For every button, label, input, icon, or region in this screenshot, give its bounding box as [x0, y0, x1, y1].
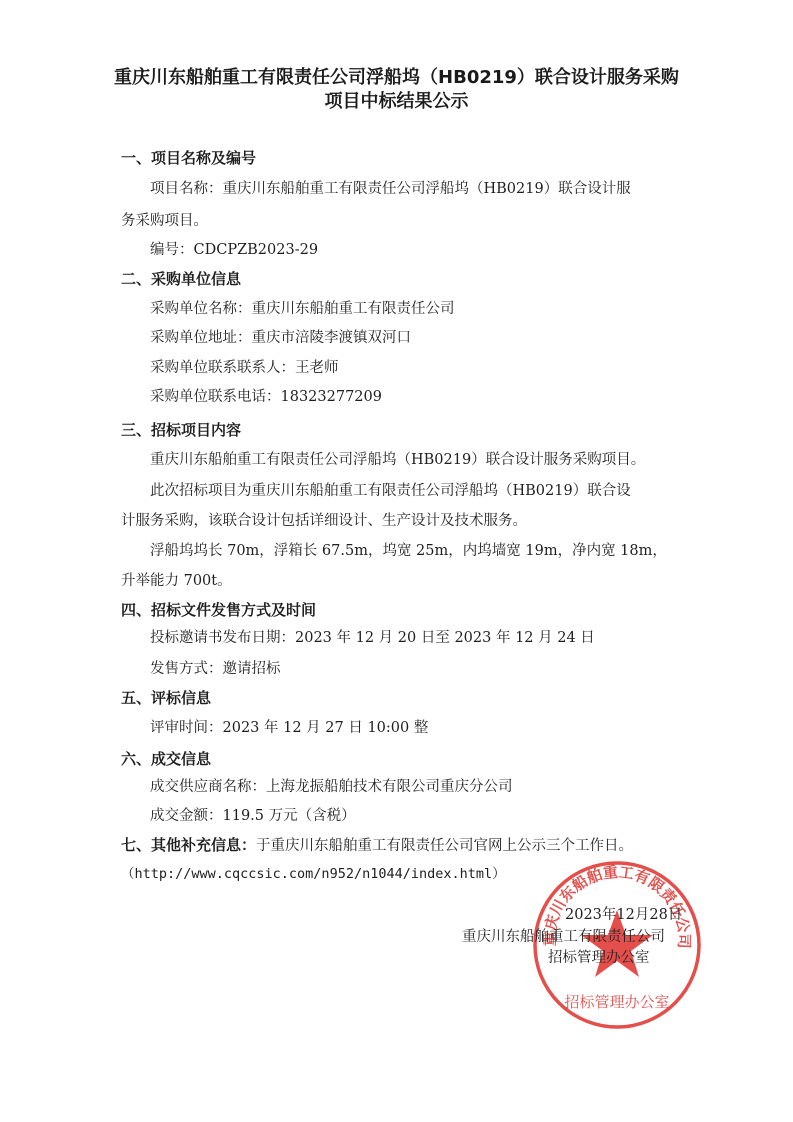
section-7-row: 七、其他补充信息：于重庆川东船舶重工有限责任公司官网上公示三个工作日。 — [121, 835, 633, 856]
purchaser-address: 采购单位地址：重庆市涪陵李渡镇双河口 — [150, 328, 411, 348]
section-1-heading: 一、项目名称及编号 — [121, 148, 256, 168]
signature-office: 招标管理办公室 — [548, 948, 650, 968]
section-4-heading: 四、招标文件发售方式及时间 — [121, 600, 316, 620]
signature-date: 2023年12月28日 — [565, 905, 682, 925]
official-site-url[interactable]: （http://www.cqccsic.com/n952/n1044/index… — [121, 864, 506, 884]
winning-supplier: 成交供应商名称：上海龙振船舶技术有限公司重庆分公司 — [150, 777, 513, 797]
section-3-heading: 三、招标项目内容 — [121, 420, 241, 440]
tender-content-p1: 重庆川东船舶重工有限责任公司浮船坞（HB0219）联合设计服务采购项目。 — [150, 450, 645, 470]
tender-content-p3-line1: 浮船坞坞长 70m，浮箱长 67.5m，坞宽 25m，内坞墙宽 19m，净内宽 … — [150, 541, 667, 561]
tender-content-p3-line2: 升举能力 700t。 — [121, 571, 232, 591]
section-6-heading: 六、成交信息 — [121, 749, 211, 769]
signature-company: 重庆川东船舶重工有限责任公司 — [462, 927, 665, 947]
invitation-dates: 投标邀请书发布日期：2023 年 12 月 20 日至 2023 年 12 月 … — [150, 628, 595, 648]
section-7-heading: 七、其他补充信息： — [121, 836, 256, 854]
contract-amount: 成交金额：119.5 万元（含税） — [150, 806, 356, 826]
purchaser-contact-person: 采购单位联系联系人：王老师 — [150, 358, 339, 378]
section-7-text: 于重庆川东船舶重工有限责任公司官网上公示三个工作日。 — [256, 838, 633, 854]
purchaser-contact-phone: 采购单位联系电话：18323277209 — [150, 387, 382, 407]
purchaser-name: 采购单位名称：重庆川东船舶重工有限责任公司 — [150, 299, 455, 319]
sale-method: 发售方式：邀请招标 — [150, 659, 281, 679]
project-name-line2: 务采购项目。 — [121, 211, 208, 231]
project-code: 编号：CDCPZB2023-29 — [150, 240, 318, 260]
section-5-heading: 五、评标信息 — [121, 688, 211, 708]
project-name-line1: 项目名称：重庆川东船舶重工有限责任公司浮船坞（HB0219）联合设计服 — [150, 179, 631, 199]
section-2-heading: 二、采购单位信息 — [121, 269, 241, 289]
document-title-line2: 项目中标结果公示 — [0, 90, 793, 114]
document-title-line1: 重庆川东船舶重工有限责任公司浮船坞（HB0219）联合设计服务采购 — [0, 66, 793, 90]
tender-content-p2-line1: 此次招标项目为重庆川东船舶重工有限责任公司浮船坞（HB0219）联合设 — [150, 481, 631, 501]
review-time: 评审时间：2023 年 12 月 27 日 10:00 整 — [150, 718, 428, 738]
seal-bottom-text: 招标管理办公室 — [564, 993, 669, 1011]
tender-content-p2-line2: 计服务采购，该联合设计包括详细设计、生产设计及技术服务。 — [121, 511, 527, 531]
